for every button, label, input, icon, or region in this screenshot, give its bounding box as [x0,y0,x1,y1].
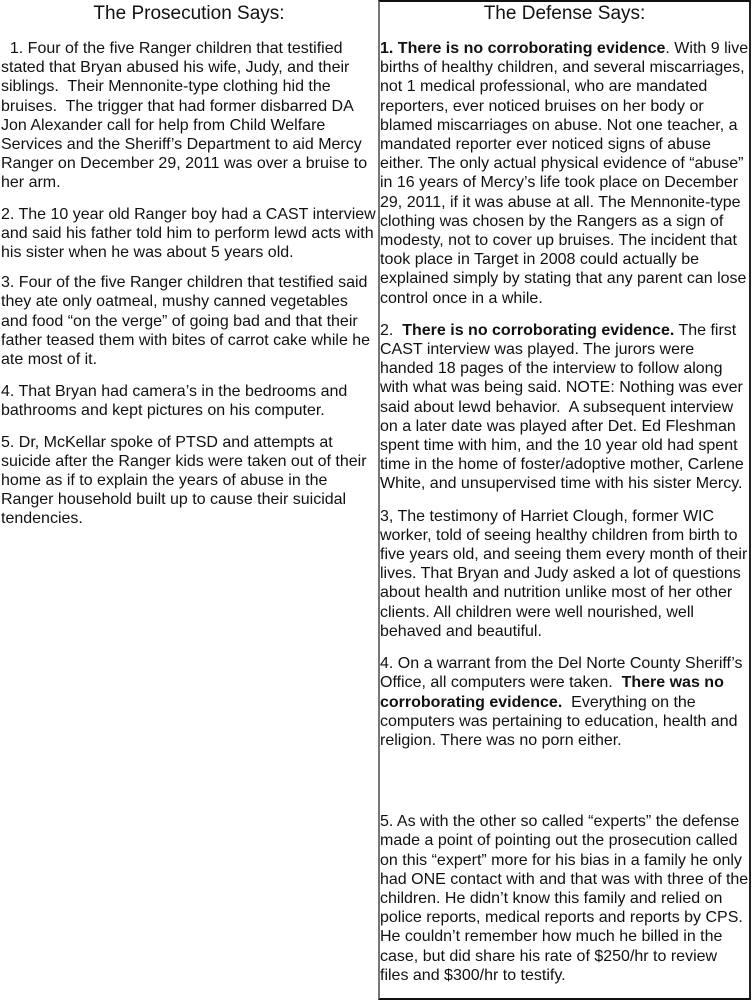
blank-spacer [380,750,749,812]
prosecution-column: The Prosecution Says: 1. Four of the fiv… [0,0,377,529]
defense-point-2-lead: There is no corroborating evidence. [402,322,674,339]
prosecution-point-2: 2. The 10 year old Ranger boy had a CAST… [1,205,377,263]
defense-heading: The Defense Says: [380,3,749,25]
prosecution-point-1: 1. Four of the five Ranger children that… [1,39,377,193]
prosecution-heading: The Prosecution Says: [1,3,377,25]
defense-point-2: 2. There is no corroborating evidence. T… [380,321,749,494]
defense-point-1-lead: 1. There is no corroborating evidence [380,40,665,57]
defense-point-1: 1. There is no corroborating evidence. W… [380,39,749,308]
prosecution-point-5: 5. Dr, McKellar spoke of PTSD and attemp… [1,433,377,529]
defense-point-3: 3, The testimony of Harriet Clough, form… [380,507,749,641]
defense-point-5: 5. As with the other so called “experts”… [380,812,749,985]
defense-column: The Defense Says: 1. There is no corrobo… [378,0,751,1000]
defense-point-4: 4. On a warrant from the Del Norte Count… [380,654,749,750]
prosecution-point-3: 3. Four of the five Ranger children that… [1,273,377,369]
prosecution-point-4: 4. That Bryan had camera’s in the bedroo… [1,382,377,420]
